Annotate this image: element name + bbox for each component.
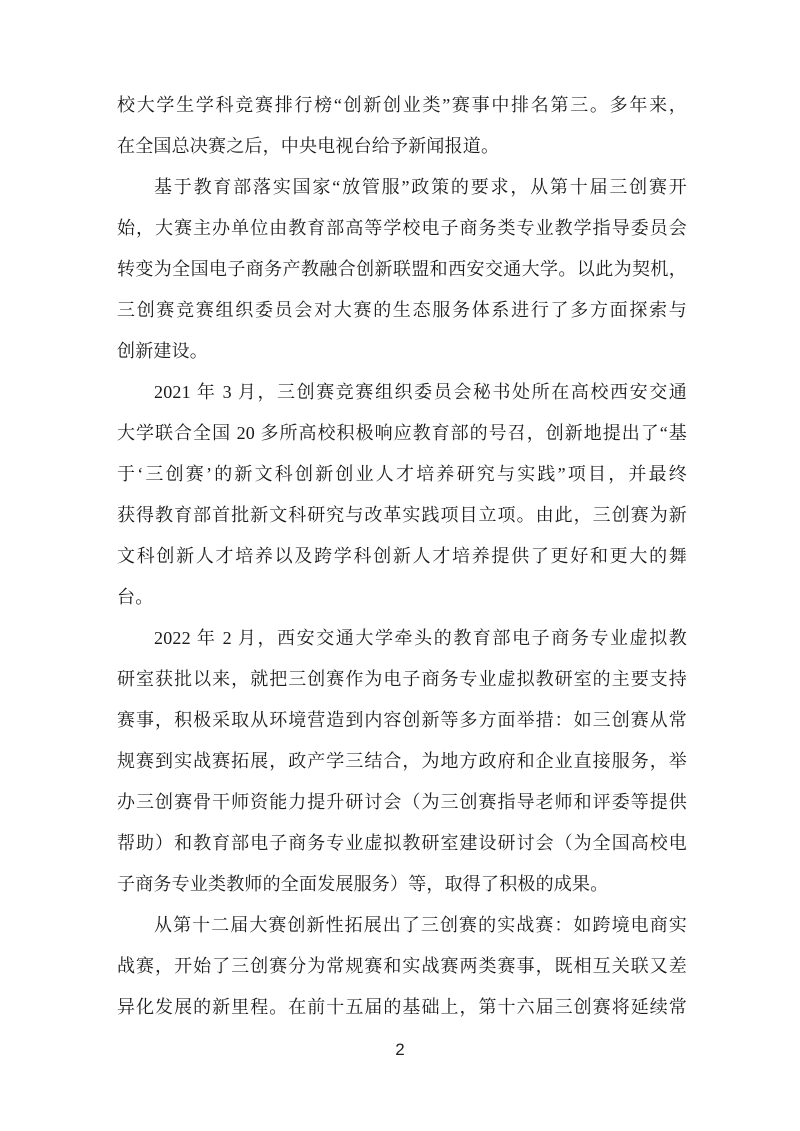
text-line: 战赛，开始了三创赛分为常规赛和实战赛两类赛事，既相互关联又差 <box>117 946 687 987</box>
paragraph: 2022 年 2 月，西安交通大学牵头的教育部电子商务专业虚拟教研室获批以来，就… <box>117 618 687 905</box>
page-number: 2 <box>0 1038 800 1062</box>
text-line: 获得教育部首批新文科研究与改革实践项目立项。由此，三创赛为新 <box>117 495 687 536</box>
text-line: 于‘三创赛’的新文科创新创业人才培养研究与实践”项目，并最终 <box>117 454 687 495</box>
text-line: 台。 <box>117 577 687 618</box>
text-line: 文科创新人才培养以及跨学科创新人才培养提供了更好和更大的舞 <box>117 536 687 577</box>
document-viewport: { "page": { "number": "2", "colors": { "… <box>0 0 800 1131</box>
text-line: 从第十二届大赛创新性拓展出了三创赛的实战赛：如跨境电商实 <box>117 905 687 946</box>
text-line: 三创赛竞赛组织委员会对大赛的生态服务体系进行了多方面探索与 <box>117 290 687 331</box>
paragraph: 校大学生学科竞赛排行榜“创新创业类”赛事中排名第三。多年来，在全国总决赛之后，中… <box>117 85 687 167</box>
paragraph: 2021 年 3 月，三创赛竞赛组织委员会秘书处所在高校西安交通大学联合全国 2… <box>117 372 687 618</box>
text-line: 2021 年 3 月，三创赛竞赛组织委员会秘书处所在高校西安交通 <box>117 372 687 413</box>
text-line: 赛事，积极采取从环境营造到内容创新等多方面举措：如三创赛从常 <box>117 700 687 741</box>
text-line: 转变为全国电子商务产教融合创新联盟和西安交通大学。以此为契机， <box>117 249 687 290</box>
text-line: 基于教育部落实国家“放管服”政策的要求，从第十届三创赛开 <box>117 167 687 208</box>
text-line: 大学联合全国 20 多所高校积极响应教育部的号召，创新地提出了“基 <box>117 413 687 454</box>
paragraph: 基于教育部落实国家“放管服”政策的要求，从第十届三创赛开始，大赛主办单位由教育部… <box>117 167 687 372</box>
text-line: 异化发展的新里程。在前十五届的基础上，第十六届三创赛将延续常 <box>117 987 687 1028</box>
document-body: 校大学生学科竞赛排行榜“创新创业类”赛事中排名第三。多年来，在全国总决赛之后，中… <box>117 85 687 1028</box>
text-line: 帮助）和教育部电子商务专业虚拟教研室建设研讨会（为全国高校电 <box>117 823 687 864</box>
document-page: 校大学生学科竞赛排行榜“创新创业类”赛事中排名第三。多年来，在全国总决赛之后，中… <box>0 0 800 1131</box>
text-line: 子商务专业类教师的全面发展服务）等，取得了积极的成果。 <box>117 864 687 905</box>
text-line: 研室获批以来，就把三创赛作为电子商务专业虚拟教研室的主要支持 <box>117 659 687 700</box>
text-line: 2022 年 2 月，西安交通大学牵头的教育部电子商务专业虚拟教 <box>117 618 687 659</box>
paragraph: 从第十二届大赛创新性拓展出了三创赛的实战赛：如跨境电商实战赛，开始了三创赛分为常… <box>117 905 687 1028</box>
text-line: 校大学生学科竞赛排行榜“创新创业类”赛事中排名第三。多年来， <box>117 85 687 126</box>
text-line: 始，大赛主办单位由教育部高等学校电子商务类专业教学指导委员会 <box>117 208 687 249</box>
text-line: 规赛到实战赛拓展，政产学三结合，为地方政府和企业直接服务，举 <box>117 741 687 782</box>
text-line: 在全国总决赛之后，中央电视台给予新闻报道。 <box>117 126 687 167</box>
text-line: 办三创赛骨干师资能力提升研讨会（为三创赛指导老师和评委等提供 <box>117 782 687 823</box>
text-line: 创新建设。 <box>117 331 687 372</box>
